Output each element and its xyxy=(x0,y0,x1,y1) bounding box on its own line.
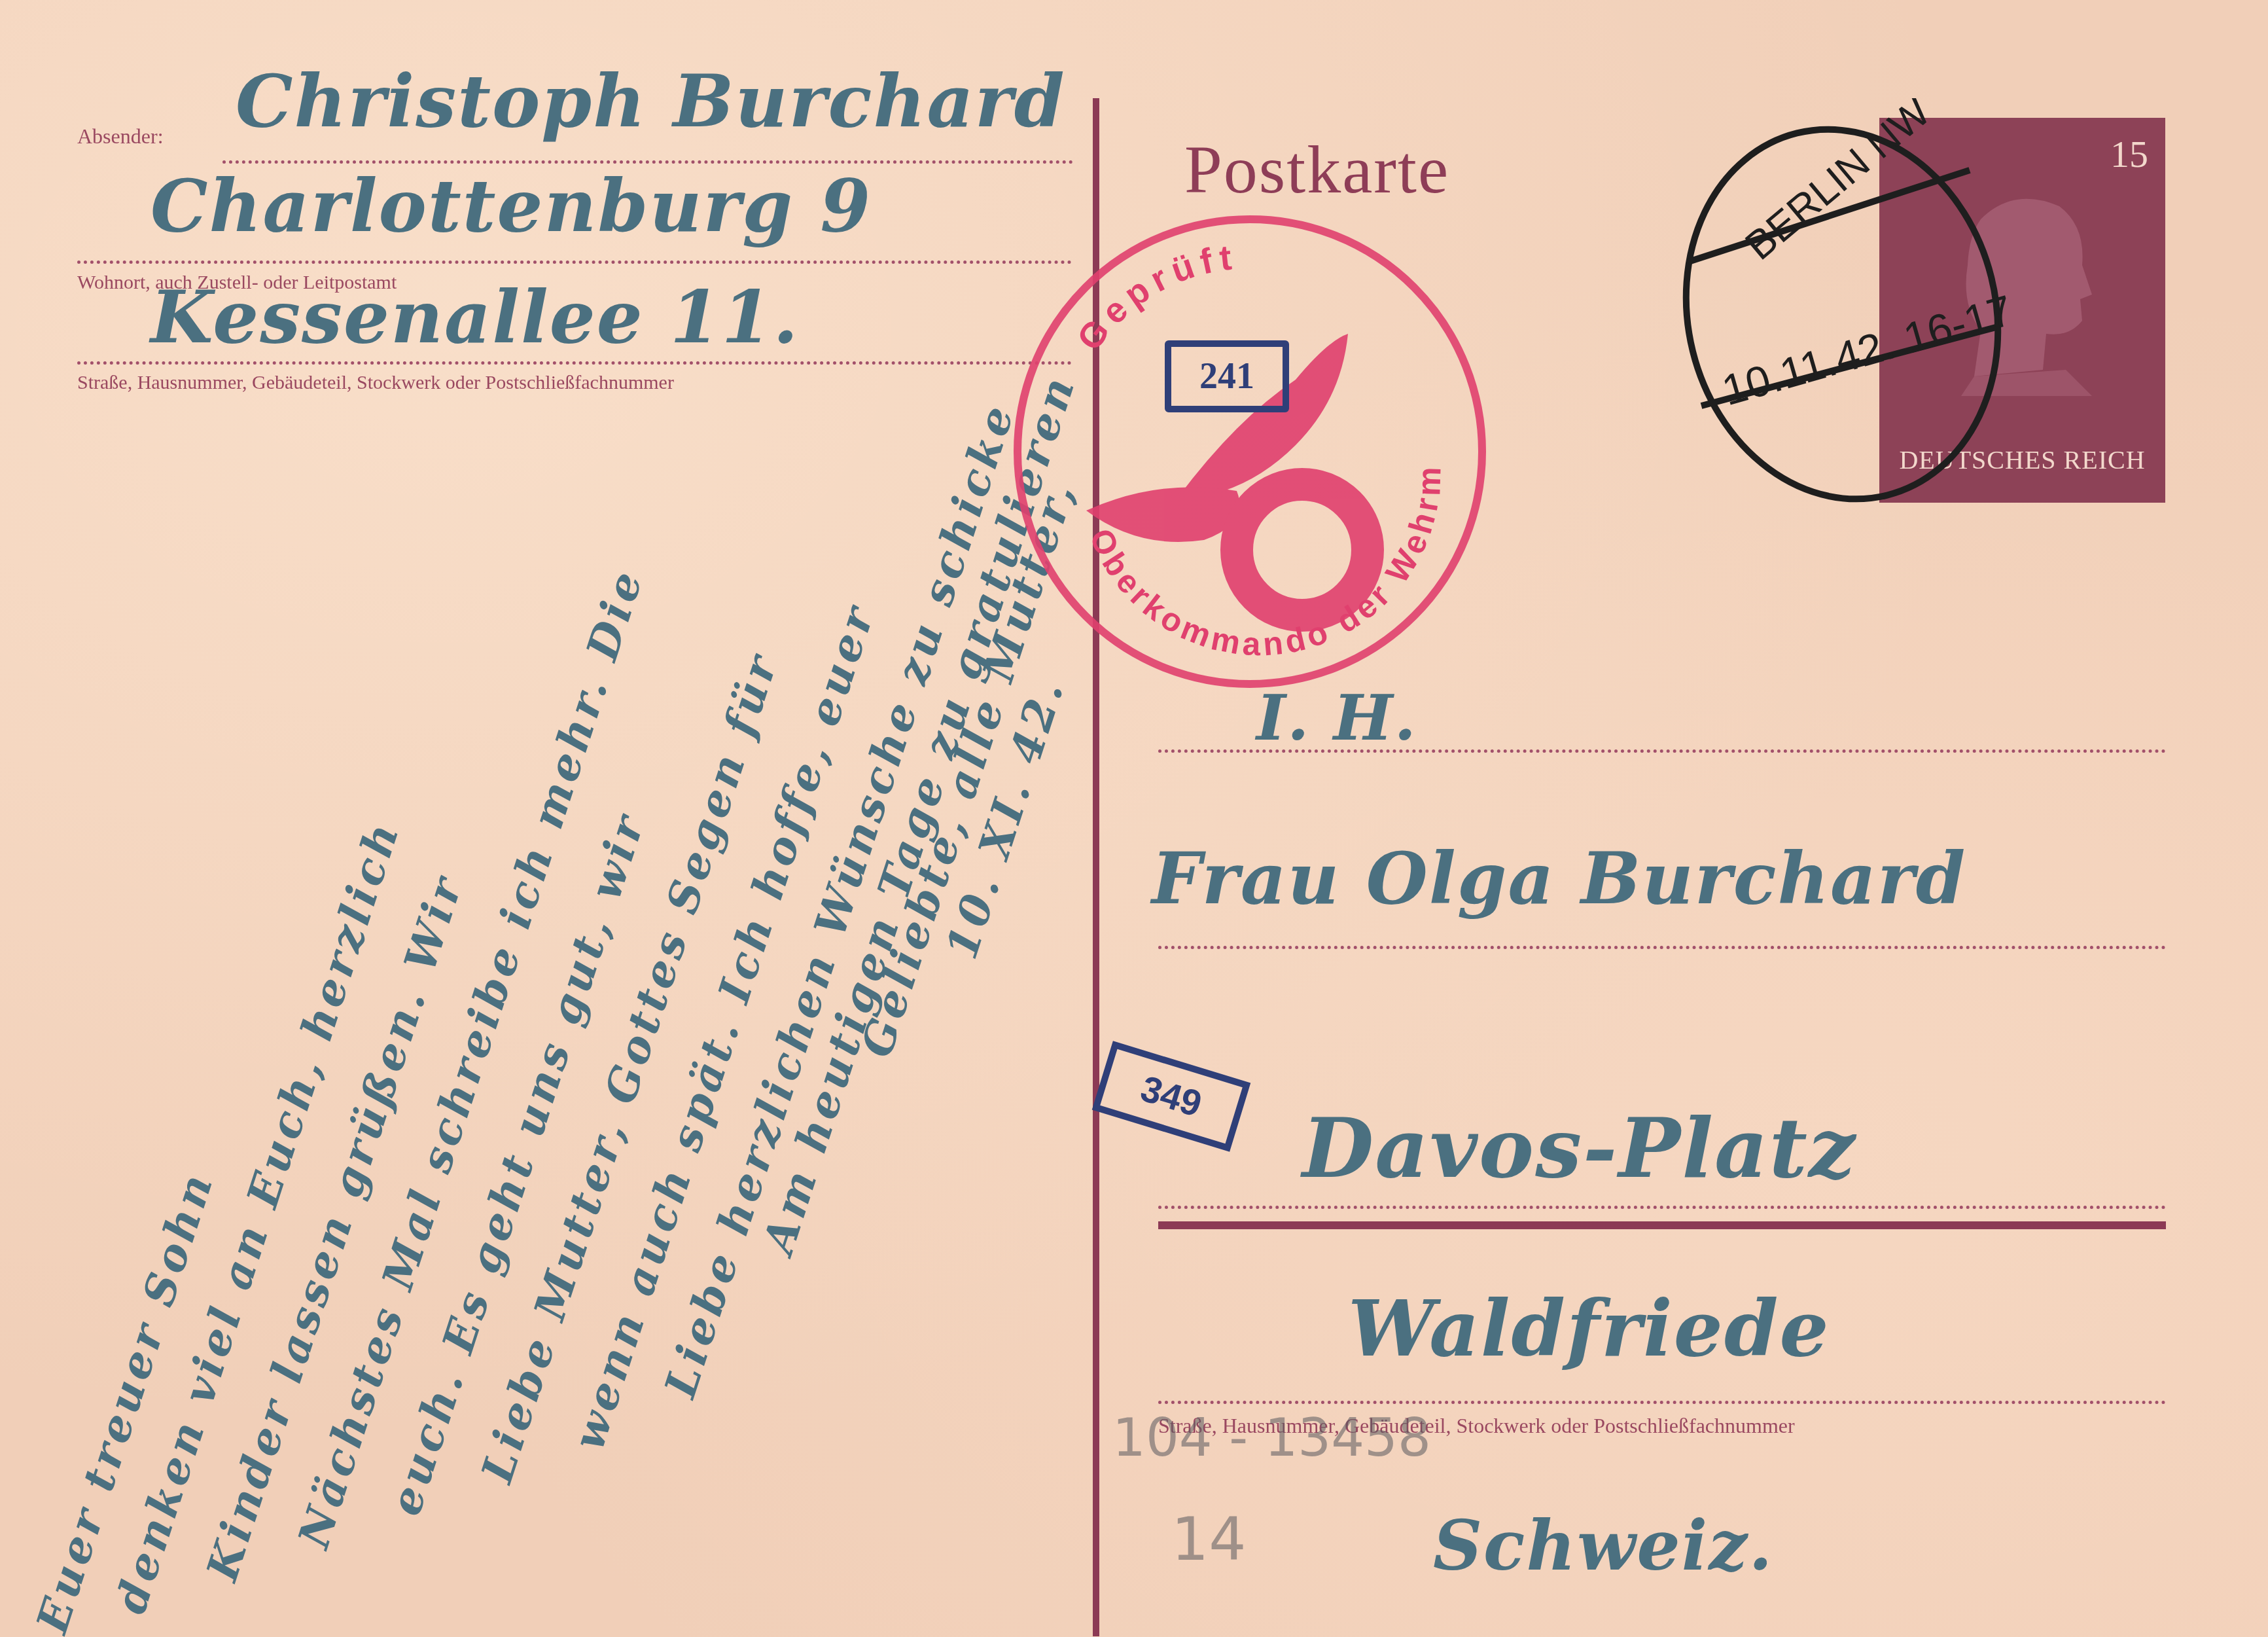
sender-address-dotline xyxy=(77,261,1072,264)
recipient-country: Schweiz. xyxy=(1433,1505,1774,1586)
postmark-icon: BERLIN NW 10.11.42. 16-17 xyxy=(1662,98,2029,517)
examiner-box: 349 xyxy=(1092,1041,1251,1152)
stamp-value: 15 xyxy=(2110,132,2148,176)
recipient-street: Waldfriede xyxy=(1348,1283,1830,1374)
sender-name: Christoph Burchard xyxy=(236,59,1066,143)
recipient-street-dotline xyxy=(1158,1401,2166,1404)
postcard: Absender: Christoph Burchard Charlottenb… xyxy=(0,0,2268,1637)
sender-street-dotline xyxy=(77,361,1072,365)
recipient-name: Frau Olga Burchard xyxy=(1152,838,1966,920)
sender-street: Kessenallee 11. xyxy=(151,275,799,359)
recipient-line-3 xyxy=(1158,1206,2166,1209)
recipient-initials: I. H. xyxy=(1256,681,1417,755)
postmark-city: BERLIN NW xyxy=(1737,98,1940,269)
pencil-note: 104 - 13458 xyxy=(1112,1407,1431,1468)
sender-address-line: Charlottenburg 9 xyxy=(151,164,872,248)
censor-top-text: Geprüft xyxy=(1070,237,1240,357)
sender-label: Absender: xyxy=(77,124,164,149)
censor-stamp: Geprüft Oberkommando der Wehrmacht xyxy=(988,183,1512,707)
recipient-city: Davos-Platz xyxy=(1302,1100,1856,1196)
recipient-line-1 xyxy=(1158,749,2166,753)
recipient-line-2 xyxy=(1158,946,2166,949)
sender-street-label: Straße, Hausnummer, Gebäudeteil, Stockwe… xyxy=(77,372,674,394)
pencil-note-2: 14 xyxy=(1171,1505,1247,1574)
postmark-date: 10.11.42. 16-17 xyxy=(1716,285,2017,414)
recipient-city-underline xyxy=(1158,1221,2166,1229)
censor-box-number: 241 xyxy=(1165,340,1289,412)
